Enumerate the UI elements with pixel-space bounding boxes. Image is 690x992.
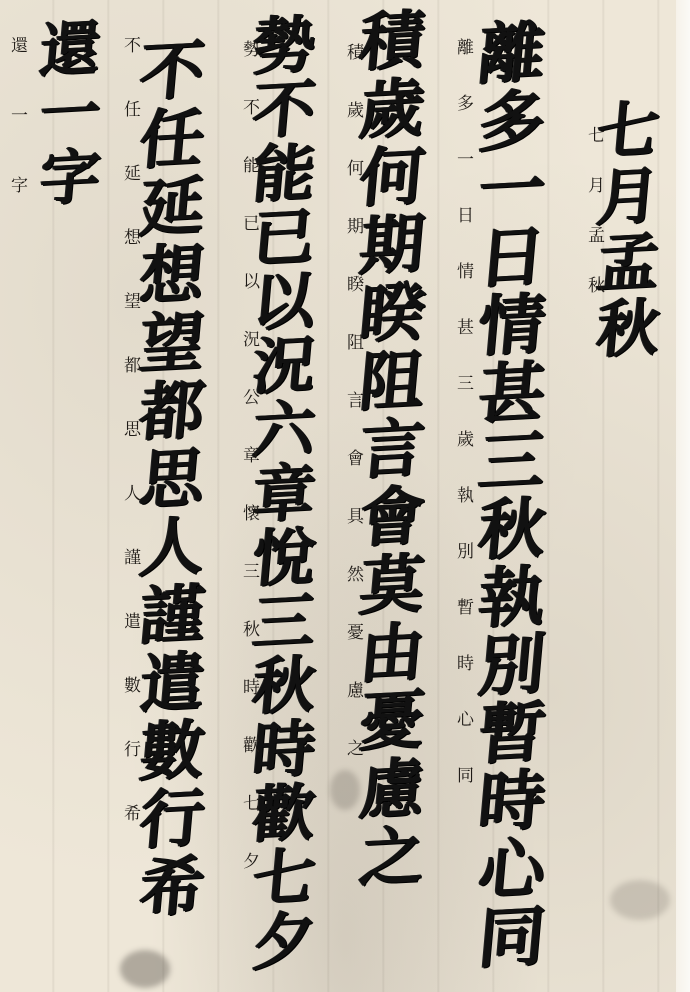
cursive-character: 數 bbox=[137, 718, 207, 789]
transcription-character: 日 bbox=[457, 208, 474, 225]
transcription-character: 思 bbox=[124, 422, 141, 439]
cursive-character: 憂 bbox=[357, 688, 427, 759]
transcription-character: 時 bbox=[457, 656, 474, 673]
ink-stain bbox=[330, 770, 360, 810]
transcription-character: 行 bbox=[124, 742, 141, 759]
transcription-character: 任 bbox=[124, 102, 141, 119]
transcription-character: 公 bbox=[243, 390, 260, 407]
cursive-character: 離 bbox=[476, 18, 548, 89]
transcription-character: 延 bbox=[124, 166, 141, 183]
cursive-character: 歡 bbox=[250, 781, 318, 848]
cursive-column: 還一字 bbox=[40, 20, 100, 212]
transcription-character: 離 bbox=[457, 40, 474, 57]
cursive-character: 不 bbox=[250, 77, 318, 144]
transcription-character: 七 bbox=[588, 128, 605, 145]
cursive-column: 七月孟秋 bbox=[597, 100, 659, 364]
transcription-character: 勢 bbox=[243, 42, 260, 59]
transcription-character: 三 bbox=[457, 376, 474, 393]
cursive-character: 秋 bbox=[250, 653, 318, 720]
transcription-character: 執 bbox=[457, 488, 474, 505]
cursive-character: 甚 bbox=[476, 358, 548, 429]
cursive-character: 心 bbox=[476, 834, 548, 905]
cursive-character: 謹 bbox=[137, 582, 207, 653]
transcription-character: 會 bbox=[347, 451, 364, 468]
transcription-character: 積 bbox=[347, 45, 364, 62]
cursive-character: 不 bbox=[137, 38, 207, 109]
transcription-character: 能 bbox=[243, 158, 260, 175]
transcription-character: 想 bbox=[124, 230, 141, 247]
cursive-character: 三 bbox=[250, 589, 318, 656]
transcription-character: 情 bbox=[457, 264, 474, 281]
transcription-character: 還 bbox=[11, 38, 28, 55]
cursive-character: 執 bbox=[476, 562, 548, 633]
ink-stain bbox=[120, 950, 170, 988]
cursive-character: 況 bbox=[250, 333, 318, 400]
cursive-character: 行 bbox=[137, 786, 207, 857]
transcription-character: 望 bbox=[124, 294, 141, 311]
transcription-character: 憂 bbox=[347, 625, 364, 642]
cursive-character: 睽 bbox=[357, 280, 427, 351]
transcription-character: 歲 bbox=[457, 432, 474, 449]
cursive-character: 七 bbox=[250, 845, 318, 912]
cursive-character: 一 bbox=[476, 154, 548, 225]
cursive-character: 莫 bbox=[357, 552, 427, 623]
cursive-character: 延 bbox=[137, 174, 207, 245]
transcription-character: 不 bbox=[124, 38, 141, 55]
transcription-character: 阻 bbox=[347, 335, 364, 352]
cursive-character: 希 bbox=[137, 854, 207, 925]
cursive-character: 都 bbox=[137, 378, 207, 449]
transcription-character: 一 bbox=[457, 152, 474, 169]
calligraphy-scan: 七月孟秋離多一日情甚三秋執別暫時心同積歲何期睽阻言會莫由憂慮之勢不能已以況六章悅… bbox=[0, 0, 690, 992]
cursive-column: 勢不能已以況六章悅三秋時歡七夕 bbox=[253, 15, 315, 975]
cursive-character: 情 bbox=[476, 290, 548, 361]
cursive-character: 多 bbox=[476, 86, 548, 157]
transcription-character: 一 bbox=[11, 108, 28, 125]
transcription-character: 七 bbox=[243, 796, 260, 813]
cursive-column: 離多一日情甚三秋執別暫時心同 bbox=[479, 20, 545, 972]
transcription-character: 秋 bbox=[588, 278, 605, 295]
cursive-character: 何 bbox=[357, 144, 427, 215]
cursive-character: 日 bbox=[476, 222, 548, 293]
cursive-character: 章 bbox=[250, 461, 318, 528]
transcription-character: 希 bbox=[124, 806, 141, 823]
ink-stain bbox=[610, 880, 670, 920]
cursive-character: 一 bbox=[37, 82, 103, 149]
transcription-character: 月 bbox=[588, 178, 605, 195]
paper-edge bbox=[676, 0, 690, 992]
cursive-character: 望 bbox=[137, 310, 207, 381]
cursive-character: 三 bbox=[476, 426, 548, 497]
cursive-character: 月 bbox=[594, 164, 662, 233]
cursive-character: 之 bbox=[357, 824, 427, 895]
transcription-character: 章 bbox=[243, 448, 260, 465]
cursive-character: 時 bbox=[250, 717, 318, 784]
transcription-character: 字 bbox=[11, 178, 28, 195]
transcription-character: 別 bbox=[457, 544, 474, 561]
transcription-character: 睽 bbox=[347, 277, 364, 294]
cursive-character: 由 bbox=[357, 620, 427, 691]
transcription-character: 數 bbox=[124, 678, 141, 695]
transcription-character: 多 bbox=[457, 96, 474, 113]
transcription-character: 同 bbox=[457, 768, 474, 785]
cursive-character: 別 bbox=[476, 630, 548, 701]
transcription-character: 已 bbox=[243, 216, 260, 233]
cursive-character: 六 bbox=[250, 397, 318, 464]
transcription-character: 三 bbox=[243, 564, 260, 581]
cursive-character: 言 bbox=[357, 416, 427, 487]
cursive-character: 想 bbox=[137, 242, 207, 313]
transcription-character: 歡 bbox=[243, 738, 260, 755]
transcription-character: 懷 bbox=[243, 506, 260, 523]
transcription-character: 然 bbox=[347, 567, 364, 584]
transcription-character: 秋 bbox=[243, 622, 260, 639]
transcription-character: 不 bbox=[243, 100, 260, 117]
cursive-character: 秋 bbox=[594, 296, 662, 365]
cursive-character: 以 bbox=[250, 269, 318, 336]
transcription-character: 歲 bbox=[347, 103, 364, 120]
transcription-character: 人 bbox=[124, 486, 141, 503]
cursive-character: 夕 bbox=[250, 909, 318, 976]
transcription-character: 暫 bbox=[457, 600, 474, 617]
transcription-character: 謹 bbox=[124, 550, 141, 567]
transcription-character: 遣 bbox=[124, 614, 141, 631]
transcription-character: 之 bbox=[347, 741, 364, 758]
cursive-character: 思 bbox=[137, 446, 207, 517]
cursive-character: 任 bbox=[137, 106, 207, 177]
cursive-character: 秋 bbox=[476, 494, 548, 565]
cursive-column: 不任延想望都思人謹遣數行希 bbox=[140, 40, 204, 924]
transcription-character: 何 bbox=[347, 161, 364, 178]
transcription-character: 言 bbox=[347, 393, 364, 410]
transcription-character: 慮 bbox=[347, 683, 364, 700]
transcription-character: 心 bbox=[457, 712, 474, 729]
transcription-character: 甚 bbox=[457, 320, 474, 337]
cursive-character: 歲 bbox=[357, 76, 427, 147]
cursive-character: 慮 bbox=[357, 756, 427, 827]
transcription-character: 都 bbox=[124, 358, 141, 375]
cursive-character: 同 bbox=[476, 902, 548, 973]
transcription-character: 以 bbox=[243, 274, 260, 291]
cursive-character: 遣 bbox=[137, 650, 207, 721]
cursive-character: 積 bbox=[357, 8, 427, 79]
cursive-character: 期 bbox=[357, 212, 427, 283]
transcription-character: 期 bbox=[347, 219, 364, 236]
transcription-character: 況 bbox=[243, 332, 260, 349]
cursive-character: 暫 bbox=[476, 698, 548, 769]
transcription-character: 具 bbox=[347, 509, 364, 526]
transcription-character: 時 bbox=[243, 680, 260, 697]
cursive-character: 能 bbox=[250, 141, 318, 208]
cursive-character: 會 bbox=[357, 484, 427, 555]
cursive-character: 勢 bbox=[250, 13, 318, 80]
cursive-character: 阻 bbox=[357, 348, 427, 419]
cursive-character: 已 bbox=[250, 205, 318, 272]
cursive-character: 還 bbox=[37, 18, 103, 85]
cursive-character: 時 bbox=[476, 766, 548, 837]
cursive-character: 字 bbox=[37, 146, 103, 213]
cursive-character: 人 bbox=[137, 514, 207, 585]
transcription-character: 夕 bbox=[243, 854, 260, 871]
transcription-character: 孟 bbox=[588, 228, 605, 245]
cursive-character: 悅 bbox=[250, 525, 318, 592]
cursive-column: 積歲何期睽阻言會莫由憂慮之 bbox=[360, 10, 424, 894]
